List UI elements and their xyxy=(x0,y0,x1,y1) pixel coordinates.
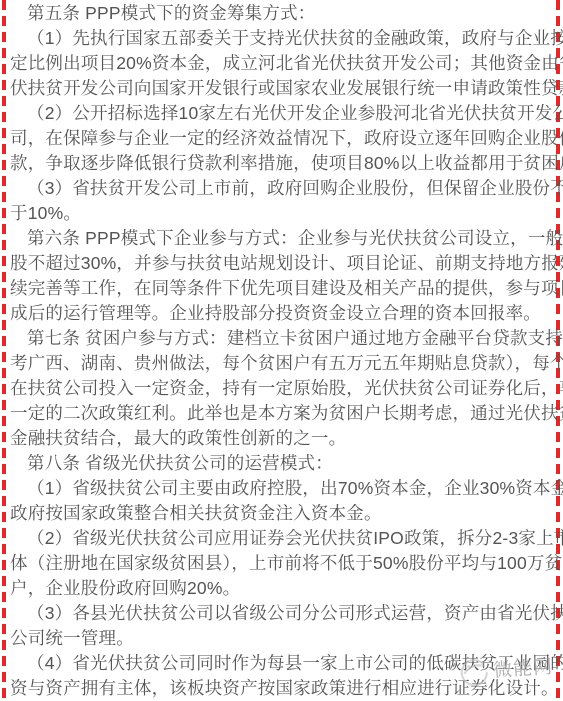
text-line: （3）省扶贫开发公司上市前，政府回购企业股份，但保留企业股份不高 xyxy=(10,176,554,201)
text-line: 伏扶贫开发公司向国家开发银行或国家农业发展银行统一申请政策性贷款。 xyxy=(10,76,554,101)
text-line: 政府按国家政策整合相关扶贫资金注入资本金。 xyxy=(10,501,554,526)
text-line: 续完善等工作，在同等条件下优先项目建设及相关产品的提供，参与项目建 xyxy=(10,276,554,301)
document-text: 第五条 PPP模式下的资金筹集方式：（1）先执行国家五部委关于支持光伏扶贫的金融… xyxy=(10,1,554,701)
text-line: 在扶贫公司投入一定资金，持有一定原始股，光伏扶贫公司证券化后，享受 xyxy=(10,376,554,401)
text-line: 公司统一管理。 xyxy=(10,626,554,651)
text-line: 第八条 省级光伏扶贫公司的运营模式： xyxy=(10,451,554,476)
text-line: （3）各县光伏扶贫公司以省级公司分公司形式运营，资产由省光伏扶贫 xyxy=(10,601,554,626)
text-line: 成后的运行管理等。企业持股部分投资资金设立合理的资本回报率。 xyxy=(10,301,554,326)
text-line: （2）公开招标选择10家左右光伏开发企业参股河北省光伏扶贫开发公 xyxy=(10,101,554,126)
text-line: 体（注册地在国家级贫困县），上市前将不低于50%股份平均与100万贫困 xyxy=(10,551,554,576)
text-line: 金融扶贫结合，最大的政策性创新的之一。 xyxy=(10,426,554,451)
text-line: 股不超过30%，并参与扶贫电站规划设计、项目论证、前期支持地方报建手 xyxy=(10,251,554,276)
text-line: 资与资产拥有主体，该板块资产按国家政策进行相应进行证券化设计。 xyxy=(10,676,554,701)
text-line: 第七条 贫困户参与方式：建档立卡贫困户通过地方金融平台贷款支持（参 xyxy=(10,326,554,351)
text-line: 第五条 PPP模式下的资金筹集方式： xyxy=(10,1,554,26)
text-line: 考广西、湖南、贵州做法，每个贫困户有五万元五年期贴息贷款），每个人 xyxy=(10,351,554,376)
text-line: 第六条 PPP模式下企业参与方式：企业参与光伏扶贫公司设立，一般持 xyxy=(10,226,554,251)
text-line: 款，争取逐步降低银行贷款利率措施，使项目80%以上收益都用于贫困户。 xyxy=(10,151,554,176)
text-line: （1）先执行国家五部委关于支持光伏扶贫的金融政策，政府与企业按一 xyxy=(10,26,554,51)
text-line: 司，在保障参与企业一定的经济效益情况下，政府设立逐年回购企业股份条 xyxy=(10,126,554,151)
text-line: 定比例出项目20%资本金，成立河北省光伏扶贫开发公司；其他资金由省光 xyxy=(10,51,554,76)
text-line: 户，企业股份政府回购20%。 xyxy=(10,576,554,601)
text-line: （2）省级光伏扶贫公司应用证券会光伏扶贫IPO政策，拆分2-3家上市主 xyxy=(10,526,554,551)
left-dashed-border xyxy=(2,0,6,701)
text-line: 于10%。 xyxy=(10,201,554,226)
text-line: （1）省级扶贫公司主要由政府控股，出70%资本金，企业30%资本金。 xyxy=(10,476,554,501)
text-line: （4）省光伏扶贫公司同时作为每县一家上市公司的低碳扶贫工业园的投 xyxy=(10,651,554,676)
text-line: 一定的二次政策红利。此举也是本方案为贫困户长期考虑，通过光伏扶贫与 xyxy=(10,401,554,426)
